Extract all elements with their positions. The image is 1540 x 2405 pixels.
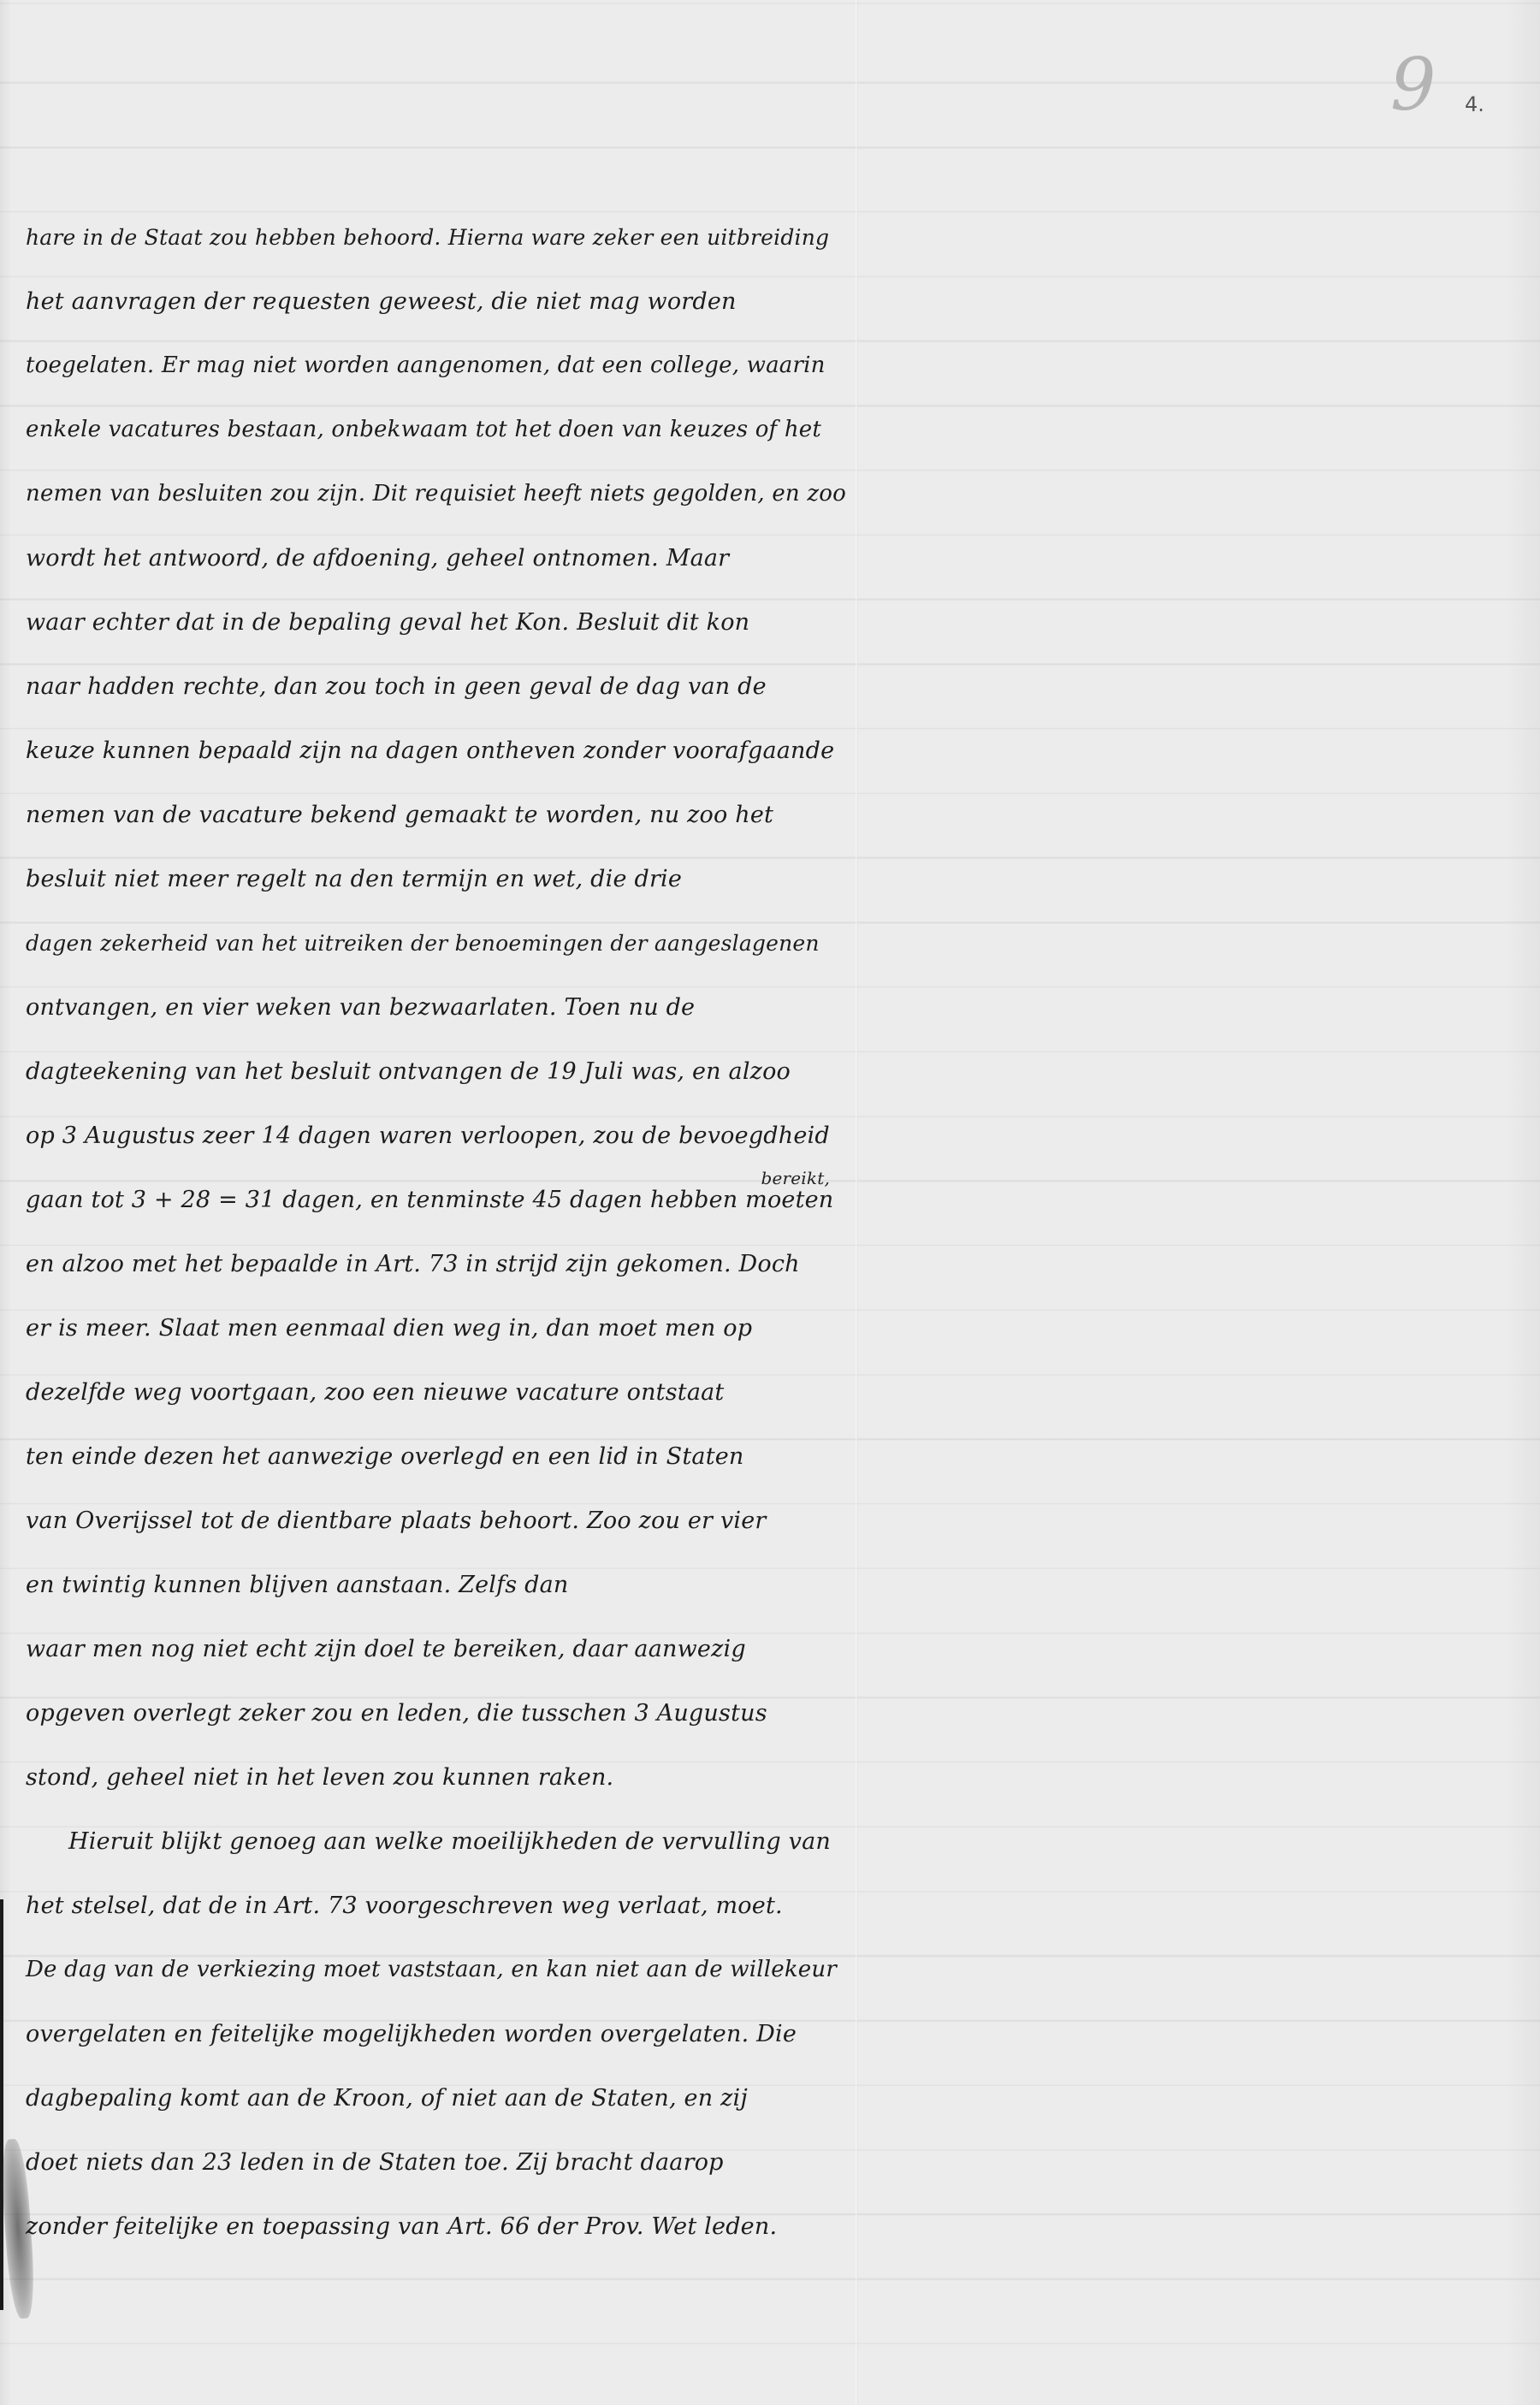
manuscript-line: dagteekening van het besluit ontvangen d…: [26, 1040, 847, 1104]
manuscript-line: waar echter dat in de bepaling geval het…: [26, 590, 847, 655]
manuscript-line: opgeven overlegt zeker zou en leden, die…: [26, 1681, 847, 1745]
manuscript-line: zonder feitelijke en toepassing van Art.…: [26, 2195, 847, 2259]
folio-subnumber: 4.: [1465, 92, 1484, 116]
manuscript-line: gaan tot 3 + 28 = 31 dagen, en tenminste…: [26, 1168, 847, 1232]
manuscript-line: ten einde dezen het aanwezige overlegd e…: [26, 1425, 847, 1489]
manuscript-line: er is meer. Slaat men eenmaal dien weg i…: [26, 1296, 847, 1360]
manuscript-line: dagen zekerheid van het uitreiken der be…: [26, 911, 847, 975]
handwritten-text-block: hare in de Staat zou hebben behoord. Hie…: [26, 205, 847, 2259]
interlinear-correction: bereikt,: [761, 1170, 830, 1187]
manuscript-line: hare in de Staat zou hebben behoord. Hie…: [26, 205, 847, 270]
manuscript-line: enkele vacatures bestaan, onbekwaam tot …: [26, 398, 847, 462]
manuscript-line: nemen van de vacature bekend gemaakt te …: [26, 783, 847, 847]
manuscript-line: en alzoo met het bepaalde in Art. 73 in …: [26, 1232, 847, 1296]
manuscript-line: doet niets dan 23 leden in de Staten toe…: [26, 2130, 847, 2195]
manuscript-line: toegelaten. Er mag niet worden aangenome…: [26, 334, 847, 398]
manuscript-line: ontvangen, en vier weken van bezwaarlate…: [26, 975, 847, 1040]
folio-number: 9: [1390, 43, 1436, 127]
page-edge-shadow: [0, 1899, 3, 2310]
manuscript-line: stond, geheel niet in het leven zou kunn…: [26, 1745, 847, 1810]
manuscript-line: het stelsel, dat de in Art. 73 voorgesch…: [26, 1874, 847, 1938]
manuscript-line: Hieruit blijkt genoeg aan welke moeilijk…: [26, 1810, 847, 1874]
manuscript-line: De dag van de verkiezing moet vaststaan,…: [26, 1938, 847, 2002]
manuscript-line: en twintig kunnen blijven aanstaan. Zelf…: [26, 1553, 847, 1617]
manuscript-line: nemen van besluiten zou zijn. Dit requis…: [26, 462, 847, 526]
manuscript-line: op 3 Augustus zeer 14 dagen waren verloo…: [26, 1104, 847, 1168]
manuscript-line: naar hadden rechte, dan zou toch in geen…: [26, 655, 847, 719]
manuscript-page: 9 4. hare in de Staat zou hebben behoord…: [0, 0, 1540, 2405]
manuscript-line: dezelfde weg voortgaan, zoo een nieuwe v…: [26, 1360, 847, 1425]
manuscript-line: besluit niet meer regelt na den termijn …: [26, 847, 847, 911]
manuscript-line: wordt het antwoord, de afdoening, geheel…: [26, 526, 847, 590]
manuscript-line: van Overijssel tot de dientbare plaats b…: [26, 1489, 847, 1553]
manuscript-line: het aanvragen der requesten geweest, die…: [26, 270, 847, 334]
manuscript-line: overgelaten en feitelijke mogelijkheden …: [26, 2002, 847, 2066]
manuscript-line: keuze kunnen bepaald zijn na dagen onthe…: [26, 719, 847, 783]
manuscript-line: dagbepaling komt aan de Kroon, of niet a…: [26, 2066, 847, 2130]
paper-fold-line: [856, 0, 858, 2405]
manuscript-line: waar men nog niet echt zijn doel te bere…: [26, 1617, 847, 1681]
